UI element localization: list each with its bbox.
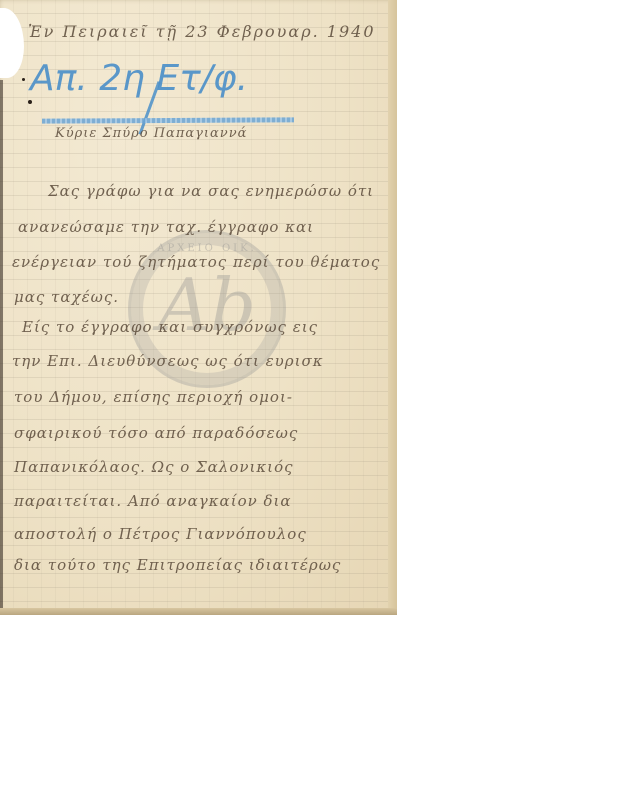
ink-spot — [22, 78, 25, 81]
body-line: ανανεώσαμε την ταχ. έγγραφο και — [18, 218, 314, 236]
body-line: Παπανικόλαος. Ως ο Σαλονικιός — [14, 458, 294, 476]
scan-edge-shadow — [0, 80, 3, 615]
body-line: σφαιρικού τόσο από παραδόσεως — [14, 424, 298, 442]
body-line: ενέργειαν τού ζητήματος περί του θέματος — [12, 253, 380, 271]
ink-spot — [28, 100, 32, 104]
body-line: του Δήμου, επίσης περιοχή ομοι- — [14, 388, 293, 406]
body-line: Σας γράφω για να σας ενημερώσω ότι — [48, 182, 374, 200]
body-line: δια τούτο της Επιτροπείας ιδιαιτέρως — [14, 556, 341, 574]
body-line: την Επι. Διευθύνσεως ως ότι ευρισκ — [12, 352, 324, 370]
header-date-line: Ἐν Πειραιεῖ τῇ 23 Φεβρουαρ. 1940 — [28, 22, 376, 41]
letter-page: ΑΡΧΕΙΟ ΟΙΚ. Ab Ἐν Πειραιεῖ τῇ 23 Φεβρουα… — [0, 0, 397, 615]
body-line: μας ταχέως. — [14, 288, 119, 306]
blue-pencil-underline — [42, 117, 294, 123]
body-line: αποστολή ο Πέτρος Γιαννόπουλος — [14, 525, 307, 543]
body-line: παραιτείται. Από αναγκαίον δια — [14, 492, 292, 510]
torn-edge — [0, 8, 24, 78]
paper-right-edge — [388, 0, 397, 615]
salutation: Κύριε Σπύρο Παπαγιαννά — [55, 126, 247, 141]
paper-bottom-edge — [0, 608, 397, 615]
blue-pencil-annotation: Απ. 2η Ετ/φ. — [30, 58, 248, 99]
body-line: Είς το έγγραφο και συγχρόνως εις — [22, 318, 318, 336]
